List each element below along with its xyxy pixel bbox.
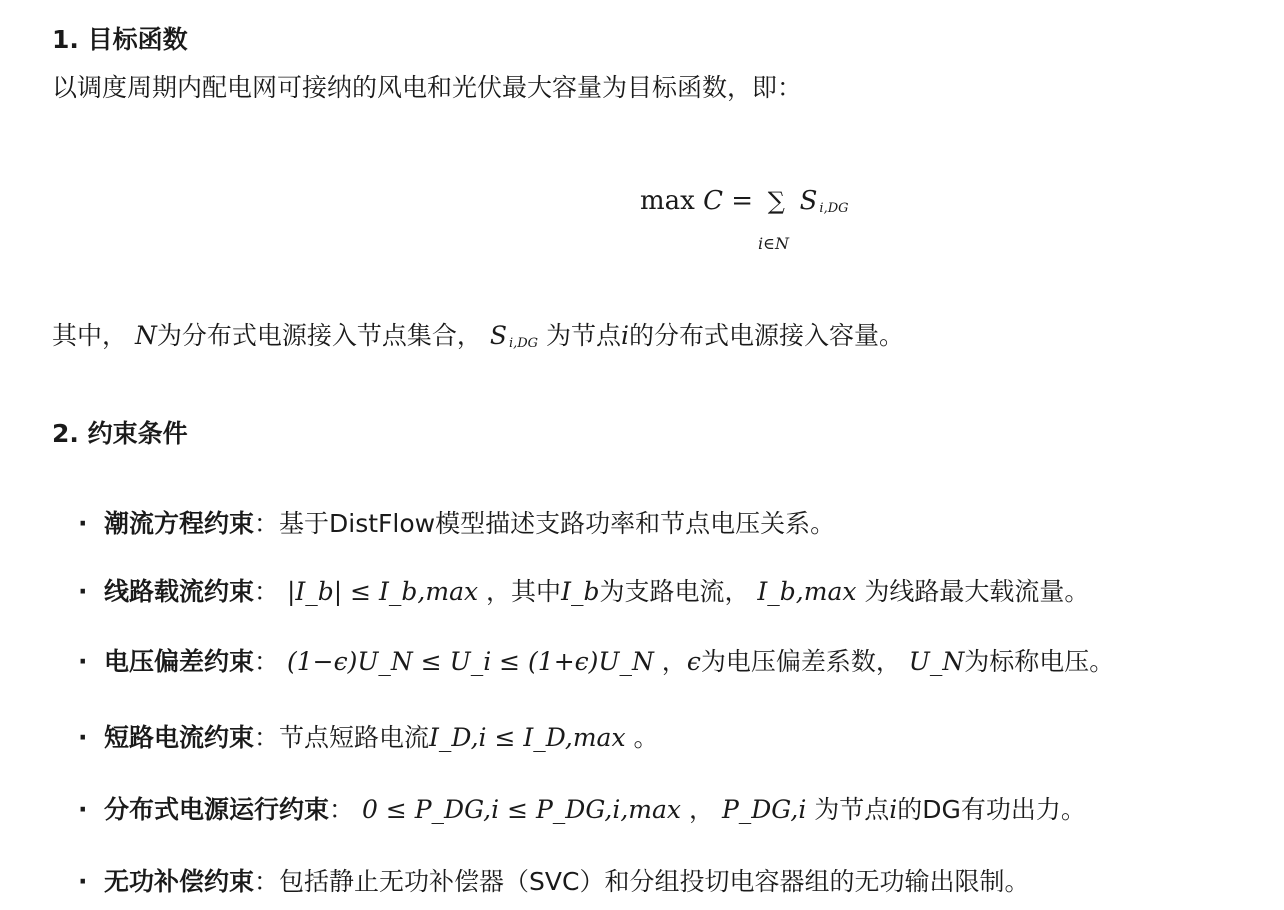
constraint-text: 为电压偏差系数，	[701, 647, 901, 676]
bullet-icon: ·	[78, 509, 104, 538]
bullet-icon: ·	[78, 723, 104, 752]
constraint-math: |I_b| ≤ I_b,max	[287, 577, 478, 606]
colon: ：	[254, 647, 279, 676]
constraint-label: 分布式电源运行约束	[104, 795, 329, 824]
s-desc-1: 为节点	[546, 321, 621, 350]
bullet-icon: ·	[78, 647, 104, 676]
constraint-item: ·无功补偿约束：包括静止无功补偿器（SVC）和分组投切电容器组的无功输出限制。	[78, 862, 1029, 898]
constraint-math: 0 ≤ P_DG,i ≤ P_DG,i,max	[362, 795, 681, 824]
constraint-var: I_b	[561, 577, 599, 606]
constraint-text: 包括静止无功补偿器（SVC）和分组投切电容器组的无功输出限制。	[279, 867, 1029, 896]
constraint-text: 。	[634, 723, 659, 752]
formula-equals: =	[731, 186, 753, 216]
colon: ：	[254, 867, 279, 896]
colon: ：	[254, 509, 279, 538]
summation-index: i∈N	[758, 234, 789, 253]
section-2-heading: 2. 约束条件	[52, 414, 188, 450]
constraint-text: ，	[689, 795, 714, 824]
constraint-text: ，其中	[486, 577, 561, 606]
var-s-sub: i,DG	[509, 336, 538, 351]
constraint-var: P_DG,i	[722, 795, 806, 824]
var-s: S	[490, 321, 507, 350]
summation-icon: ∑	[761, 187, 791, 215]
constraint-math: I_D,i ≤ I_D,max	[429, 723, 626, 752]
objective-where: 其中， N为分布式电源接入节点集合， Si,DG 为节点i的分布式电源接入容量。	[52, 316, 904, 352]
formula-var-c: C	[703, 186, 723, 216]
constraint-text: 基于DistFlow模型描述支路功率和节点电压关系。	[279, 509, 835, 538]
constraint-text: 为节点	[814, 795, 889, 824]
constraint-label: 潮流方程约束	[104, 509, 254, 538]
constraint-item: ·线路载流约束： |I_b| ≤ I_b,max ，其中I_b为支路电流， I_…	[78, 572, 1089, 608]
constraint-item: ·潮流方程约束：基于DistFlow模型描述支路功率和节点电压关系。	[78, 504, 835, 540]
section-1-heading: 1. 目标函数	[52, 20, 188, 56]
objective-intro: 以调度周期内配电网可接纳的风电和光伏最大容量为目标函数，即：	[52, 68, 802, 104]
where-prefix: 其中，	[52, 321, 127, 350]
constraint-item: ·分布式电源运行约束： 0 ≤ P_DG,i ≤ P_DG,i,max ， P_…	[78, 790, 1086, 826]
n-desc: 为分布式电源接入节点集合，	[157, 321, 482, 350]
formula-var-s: S	[800, 186, 818, 216]
colon: ：	[254, 723, 279, 752]
var-i: i	[621, 321, 629, 350]
constraint-var: ϵ	[687, 647, 701, 676]
colon: ：	[254, 577, 279, 606]
constraint-math: (1−ϵ)U_N ≤ U_i ≤ (1+ϵ)U_N	[287, 647, 654, 676]
constraint-label: 无功补偿约束	[104, 867, 254, 896]
constraint-text: 节点短路电流	[279, 723, 429, 752]
formula-max: max	[640, 186, 695, 216]
constraint-label: 短路电流约束	[104, 723, 254, 752]
constraint-label: 电压偏差约束	[104, 647, 254, 676]
constraint-text: 为标称电压。	[964, 647, 1114, 676]
bullet-icon: ·	[78, 795, 104, 824]
constraint-var: U_N	[909, 647, 964, 676]
objective-formula: max C = ∑ Si,DG i∈N	[640, 186, 849, 216]
constraint-text: 为线路最大载流量。	[864, 577, 1089, 606]
var-n: N	[135, 321, 157, 350]
bullet-icon: ·	[78, 867, 104, 896]
constraint-item: ·电压偏差约束： (1−ϵ)U_N ≤ U_i ≤ (1+ϵ)U_N ，ϵ为电压…	[78, 642, 1114, 678]
constraint-item: ·短路电流约束：节点短路电流I_D,i ≤ I_D,max 。	[78, 718, 659, 754]
constraint-var: I_b,max	[757, 577, 856, 606]
s-desc-2: 的分布式电源接入容量。	[629, 321, 904, 350]
constraint-text: ，	[662, 647, 687, 676]
constraint-text: 的DG有功出力。	[897, 795, 1086, 824]
constraint-label: 线路载流约束	[104, 577, 254, 606]
formula-sub: i,DG	[819, 201, 848, 216]
constraint-text: 为支路电流，	[599, 577, 749, 606]
colon: ：	[329, 795, 354, 824]
bullet-icon: ·	[78, 577, 104, 606]
